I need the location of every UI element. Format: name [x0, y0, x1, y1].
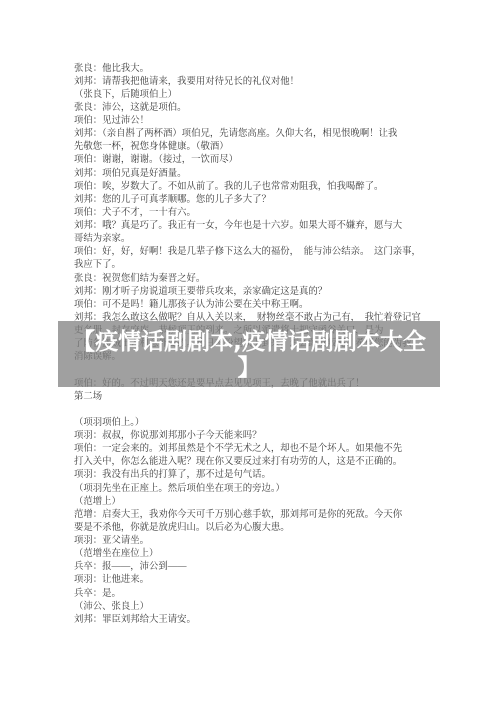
stage-direction: （沛公、张良上）: [74, 601, 454, 614]
stage-direction: （张良下，后随项伯上）: [74, 89, 454, 102]
document-page: 张良：他比我大。 刘邦：请帮我把他请来，我要用对待兄长的礼仪对他！ （张良下，后…: [0, 0, 500, 708]
dialogue-line: 项伯：见过沛公！: [74, 115, 454, 128]
stage-direction: （范增坐在座位上）: [74, 548, 454, 561]
dialogue-line: 项伯：一定会来的。刘邦虽然是个不学无术之人，却也不是个坏人。如果他不先: [74, 443, 454, 456]
dialogue-continuation: 打入关中，你怎么能进入呢？现在你又要反过来打有功劳的人，这是不正确的。: [74, 456, 454, 469]
dialogue-line: 范增：启奏大王，我劝你今天可千万别心慈手软，那刘邦可是你的死敌。今天你: [74, 509, 454, 522]
dialogue-line: 刘邦：罪臣刘邦给大王请安。: [74, 614, 454, 627]
dialogue-line: 项羽：叔叔，你说那刘邦那小子今天能来吗？: [74, 430, 454, 443]
stage-direction: （范增上）: [74, 496, 454, 509]
dialogue-line: 兵卒：是。: [74, 588, 454, 601]
blank-line: [74, 404, 454, 417]
dialogue-line: 张良：沛公，这就是项伯。: [74, 102, 454, 115]
dialogue-continuation: 先敬您一杯，祝您身体健康。（敬酒）: [74, 141, 454, 154]
stage-direction: （项羽项伯上。）: [74, 417, 454, 430]
dialogue-line: 张良：祝贺您们结为秦晋之好。: [74, 273, 454, 286]
dialogue-continuation: 哥结为亲家。: [74, 233, 454, 246]
dialogue-line: 项伯：唉，岁数大了。不如从前了。我的儿子也常常劝阻我，怕我喝醉了。: [74, 181, 454, 194]
banner-title-line: 】: [58, 355, 440, 381]
dialogue-line: 项伯：谢谢，谢谢。（接过，一饮而尽）: [74, 154, 454, 167]
dialogue-line: 刘邦：（亲自斟了两杯酒）项伯兄，先请您高座。久仰大名，相见恨晚啊！让我: [74, 128, 454, 141]
dialogue-line: 项伯：好，好，好啊！我是几辈子修下这么大的福份， 能与沛公结亲。 这门亲事，: [74, 246, 454, 259]
title-banner: 【疫情话剧剧本,疫情话剧剧本大全 】: [58, 321, 440, 387]
dialogue-line: 刘邦：请帮我把他请来，我要用对待兄长的礼仪对他！: [74, 76, 454, 89]
dialogue-continuation: 我应下了。: [74, 259, 454, 272]
scene-heading: 第二场: [74, 391, 454, 404]
dialogue-continuation: 要是不杀他，你就是放虎归山。以后必为心腹大患。: [74, 522, 454, 535]
stage-direction: （项羽先坐在正座上。然后项伯坐在项王的旁边。）: [74, 483, 454, 496]
dialogue-line: 项伯：犬子不才，一十有六。: [74, 207, 454, 220]
dialogue-line: 项伯：可不是吗！籍儿那孩子认为沛公要在关中称王啊。: [74, 299, 454, 312]
dialogue-line: 项羽：亚父请坐。: [74, 535, 454, 548]
dialogue-line: 项羽：我没有出兵的打算了，那不过是句气话。: [74, 469, 454, 482]
dialogue-line: 兵卒：报——，沛公到——: [74, 561, 454, 574]
dialogue-line: 刘邦：您的儿子可真孝顺哪。您的儿子多大了？: [74, 194, 454, 207]
banner-title-line: 【疫情话剧剧本,疫情话剧剧本大全: [58, 329, 440, 355]
dialogue-line: 刘邦：刚才听子房说道项王要带兵攻来，亲家确定这是真的？: [74, 286, 454, 299]
dialogue-line: 刘邦：哦？真是巧了。我正有一女，今年也是十六岁。如果大哥不嫌弃，愿与大: [74, 220, 454, 233]
dialogue-line: 项羽：让他进来。: [74, 574, 454, 587]
dialogue-line: 张良：他比我大。: [74, 63, 454, 76]
dialogue-line: 刘邦：项伯兄真是好酒量。: [74, 168, 454, 181]
